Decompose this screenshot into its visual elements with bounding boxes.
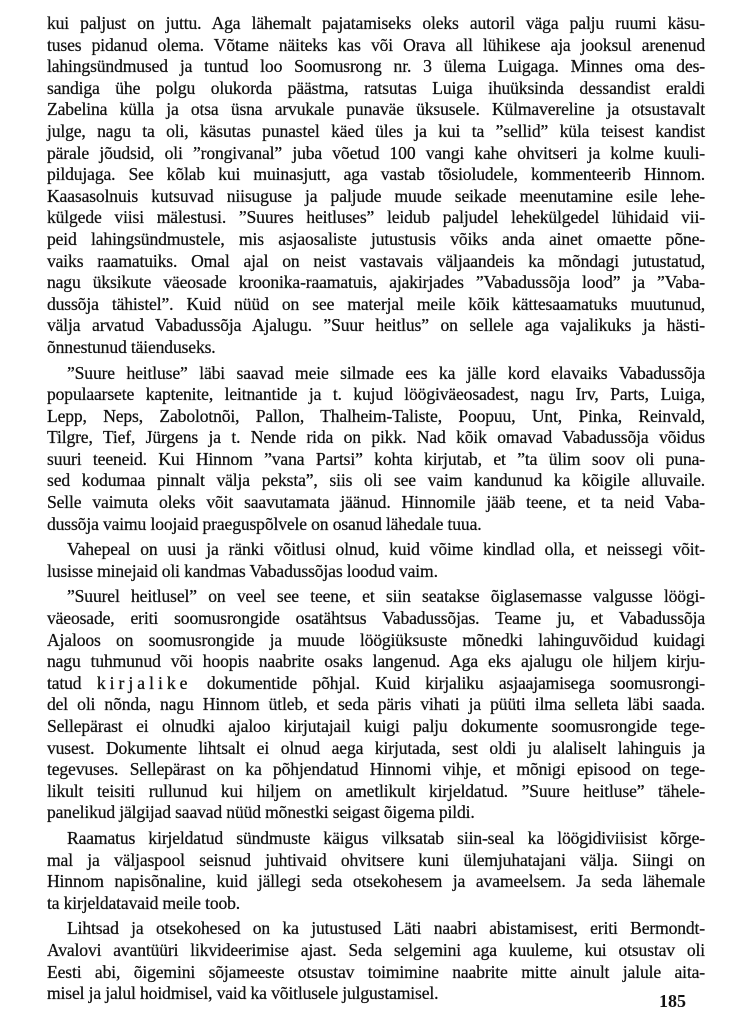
paragraph: Vahepeal on uusi ja ränki võitlusi olnud…: [47, 539, 705, 582]
text-line: Ajaloos on soomusrongide ja muude löögiü…: [47, 630, 705, 652]
text-line: lahingsündmused ja tuntud loo Soomusrong…: [47, 56, 705, 78]
text-line: Lihtsad ja otsekohesed on ka jutustused …: [47, 918, 705, 940]
text-line: tegevuses. Sellepärast on ka põhjendatud…: [47, 759, 705, 781]
text-line: Avalovi avantüüri likvideerimise ajast. …: [47, 940, 705, 962]
page-number: 185: [659, 991, 686, 1012]
paragraph: ”Suure heitluse” läbi saavad meie silmad…: [47, 363, 705, 536]
text-line: Eesti abi, õigemini sõjameeste otsustav …: [47, 962, 705, 984]
text-line: Selle vaimuta oleks võit saavutamata jää…: [47, 492, 705, 514]
text-line: külgede viisi mälestusi. ”Suures heitlus…: [47, 207, 705, 229]
text-line: populaarsete kaptenite, leitnantide ja t…: [47, 384, 705, 406]
text-line: Zabelina külla ja otsa üsna arvukale pun…: [47, 99, 705, 121]
text-line: Hinnom napisõnaline, kuid jällegi seda o…: [47, 871, 705, 893]
paragraph: Raamatus kirjeldatud sündmuste käigus vi…: [47, 828, 705, 914]
text-line: nagu tuhmunud või hoopis naabrite osaks …: [47, 651, 705, 673]
text-line: vaiks raamatuiks. Omal ajal on neist vas…: [47, 251, 705, 273]
text-line: ”Suure heitluse” läbi saavad meie silmad…: [47, 363, 705, 385]
text-line: Raamatus kirjeldatud sündmuste käigus vi…: [47, 828, 705, 850]
emphasized-word: kirjalike: [97, 673, 192, 693]
text-line: pärale jõudsid, oli ”rongivanal” juba võ…: [47, 143, 705, 165]
text-line: mal ja väljaspool seisnud juhtivaid ohvi…: [47, 850, 705, 872]
text-line: Lepp, Neps, Zabolotnõi, Pallon, Thalheim…: [47, 406, 705, 428]
text-line: õnnestunud täienduseks.: [47, 337, 705, 359]
paragraph: kui paljust on juttu. Aga lähemalt pajat…: [47, 13, 705, 359]
text-line: tuses pidanud olema. Võtame näiteks kas …: [47, 35, 705, 57]
paragraph: ”Suurel heitlusel” on veel see teene, et…: [47, 586, 705, 824]
text-line: välja arvatud Vabadussõja Ajalugu. ”Suur…: [47, 315, 705, 337]
text-line: vusest. Dokumente lihtsalt ei olnud aega…: [47, 738, 705, 760]
text-line: dussõja vaimu loojaid praeguspõlvele on …: [47, 514, 705, 536]
text-line: tatud kirjalike dokumentide põhjal. Kuid…: [47, 673, 705, 695]
text-line: julge, nagu ta oli, käsutas punastel käe…: [47, 121, 705, 143]
text-line: nagu üksikute väeosade kroonika-raamatui…: [47, 272, 705, 294]
text-line: likult teisiti rullunud kui hiljem on am…: [47, 781, 705, 803]
text-line: sed kodumaa pinnalt välja peksta”, siis …: [47, 470, 705, 492]
text-line: panelikud jälgijad saavad nüüd mõnestki …: [47, 802, 705, 824]
text-line: Vahepeal on uusi ja ränki võitlusi olnud…: [47, 539, 705, 561]
text-line: Sellepärast ei olnudki ajaloo kirjutajai…: [47, 716, 705, 738]
text-line: sandiga ühe polgu olukorda päästma, rats…: [47, 78, 705, 100]
text-line: Tilgre, Tief, Jürgens ja t. Nende rida o…: [47, 427, 705, 449]
text-line: Kaasasolnuis kutsuvad niisuguse ja palju…: [47, 186, 705, 208]
text-line: ”Suurel heitlusel” on veel see teene, et…: [47, 586, 705, 608]
text-line: väeosade, eriti soomusrongide osatähtsus…: [47, 608, 705, 630]
text-line: kui paljust on juttu. Aga lähemalt pajat…: [47, 13, 705, 35]
book-page-text: kui paljust on juttu. Aga lähemalt pajat…: [47, 13, 705, 1005]
text-line: ta kirjeldatavaid meile toob.: [47, 893, 705, 915]
text-line: suuri teeneid. Kui Hinnom ”vana Partsi” …: [47, 449, 705, 471]
text-line: misel ja jalul hoidmisel, vaid ka võitlu…: [47, 983, 705, 1005]
text-line: peid lahingsündmustele, mis asjaosaliste…: [47, 229, 705, 251]
text-line: dussõja tähistel”. Kuid nüüd on see mate…: [47, 294, 705, 316]
text-line: pildujaga. See kõlab kui muinasjutt, aga…: [47, 164, 705, 186]
text-line: lusisse minejaid oli kandmas Vabadussõja…: [47, 561, 705, 583]
paragraph: Lihtsad ja otsekohesed on ka jutustused …: [47, 918, 705, 1004]
text-line: del oli nõnda, nagu Hinnom ütleb, et sed…: [47, 694, 705, 716]
